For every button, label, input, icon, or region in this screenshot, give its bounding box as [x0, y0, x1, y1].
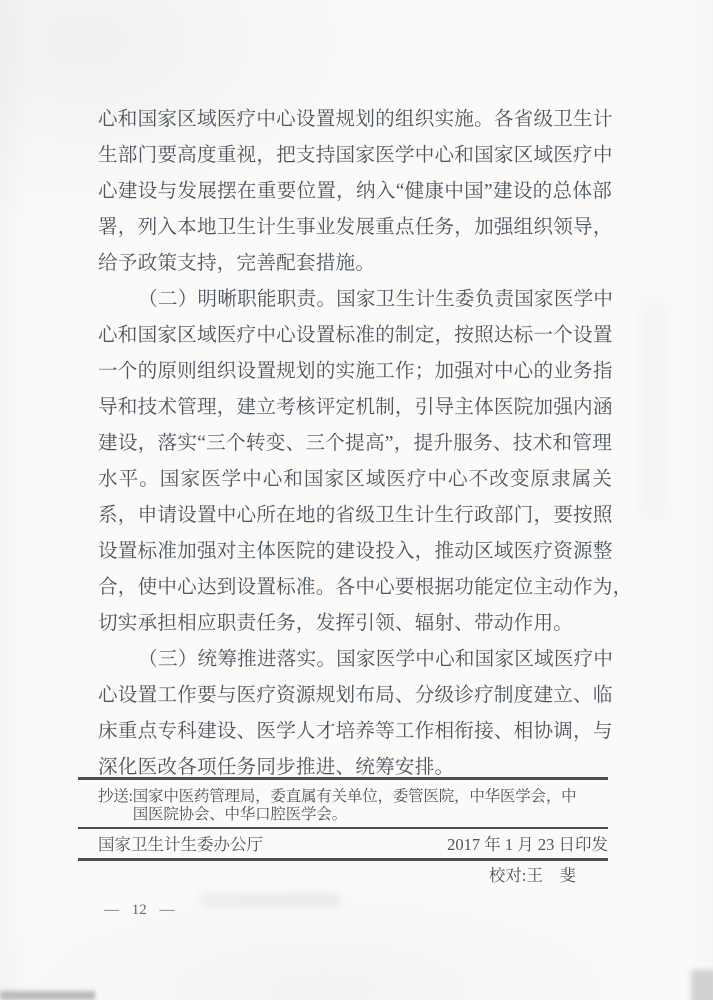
paragraph-3: （三）统筹推进落实。国家医学中心和国家区域医疗中 心设置工作要与医疗资源规划布局…	[98, 642, 612, 786]
cc-line: 国家中医药管理局，委直属有关单位，委管医院，中华医学会，中	[133, 788, 610, 806]
text-line: 心设置工作要与医疗资源规划布局、分级诊疗制度建立、临	[98, 678, 612, 714]
text-line: 导和技术管理，建立考核评定机制，引导主体医院加强内涵	[98, 390, 612, 426]
scan-artifact-bottom-left	[0, 991, 95, 1000]
text-line: 心和国家区域医疗中心设置规划的组织实施。各省级卫生计	[98, 102, 612, 138]
issuer-row: 国家卫生计生委办公厅 2017 年 1 月 23 日印发	[98, 835, 608, 854]
paragraph-1: 心和国家区域医疗中心设置规划的组织实施。各省级卫生计 生部门要高度重视，把支持国…	[98, 102, 612, 282]
text-line: 给予政策支持，完善配套措施。	[98, 246, 612, 282]
separator-line-top	[78, 777, 608, 780]
separator-line-middle	[78, 827, 608, 829]
proofreader: 校对:王 斐	[98, 866, 576, 885]
page-number: — 12 —	[104, 902, 175, 919]
text-line: 建设，落实“三个转变、三个提高”，提升服务、技术和管理	[98, 426, 612, 462]
text-line: 切实承担相应职责任务，发挥引领、辐射、带动作用。	[98, 606, 612, 642]
text-line: 一个的原则组织设置规划的实施工作；加强对中心的业务指	[98, 354, 612, 390]
text-line: （二）明晰职能职责。国家卫生计生委负责国家医学中	[98, 282, 612, 318]
text-line: 床重点专科建设、医学人才培养等工作相衔接、相协调，与	[98, 714, 612, 750]
text-line: 设置标准加强对主体医院的建设投入，推动区域医疗资源整	[98, 534, 612, 570]
text-line: 署，列入本地卫生计生事业发展重点任务，加强组织领导，	[98, 210, 612, 246]
cc-section: 抄送: 国家中医药管理局，委直属有关单位，委管医院，中华医学会，中 国医院协会、…	[98, 788, 610, 823]
scan-artifact-edge	[640, 300, 670, 520]
cc-label: 抄送:	[98, 788, 133, 823]
cc-list: 国家中医药管理局，委直属有关单位，委管医院，中华医学会，中 国医院协会、中华口腔…	[133, 788, 610, 823]
text-line: （三）统筹推进落实。国家医学中心和国家区域医疗中	[98, 642, 612, 678]
paragraph-2: （二）明晰职能职责。国家卫生计生委负责国家医学中 心和国家区域医疗中心设置标准的…	[98, 282, 612, 642]
text-line: 水平。国家医学中心和国家区域医疗中心不改变原隶属关	[98, 462, 612, 498]
print-date: 2017 年 1 月 23 日印发	[447, 835, 608, 854]
text-line: 深化医改各项任务同步推进、统筹安排。	[98, 750, 612, 786]
text-line: 系，申请设置中心所在地的省级卫生计生行政部门，要按照	[98, 498, 612, 534]
text-line: 生部门要高度重视，把支持国家医学中心和国家区域医疗中	[98, 138, 612, 174]
document-page: 心和国家区域医疗中心设置规划的组织实施。各省级卫生计 生部门要高度重视，把支持国…	[0, 0, 713, 1000]
separator-line-bottom	[78, 858, 608, 861]
cc-line: 国医院协会、中华口腔医学会。	[133, 806, 610, 824]
text-line: 合，使中心达到设置标准。各中心要根据功能定位主动作为，	[98, 570, 612, 606]
text-line: 心建设与发展摆在重要位置，纳入“健康中国”建设的总体部	[98, 174, 612, 210]
scan-artifact-smudge	[200, 893, 340, 907]
text-line: 心和国家区域医疗中心设置标准的制定，按照达标一个设置	[98, 318, 612, 354]
issuing-office: 国家卫生计生委办公厅	[98, 835, 263, 854]
scan-artifact-bottom-right	[691, 970, 713, 1000]
document-body: 心和国家区域医疗中心设置规划的组织实施。各省级卫生计 生部门要高度重视，把支持国…	[98, 102, 612, 786]
